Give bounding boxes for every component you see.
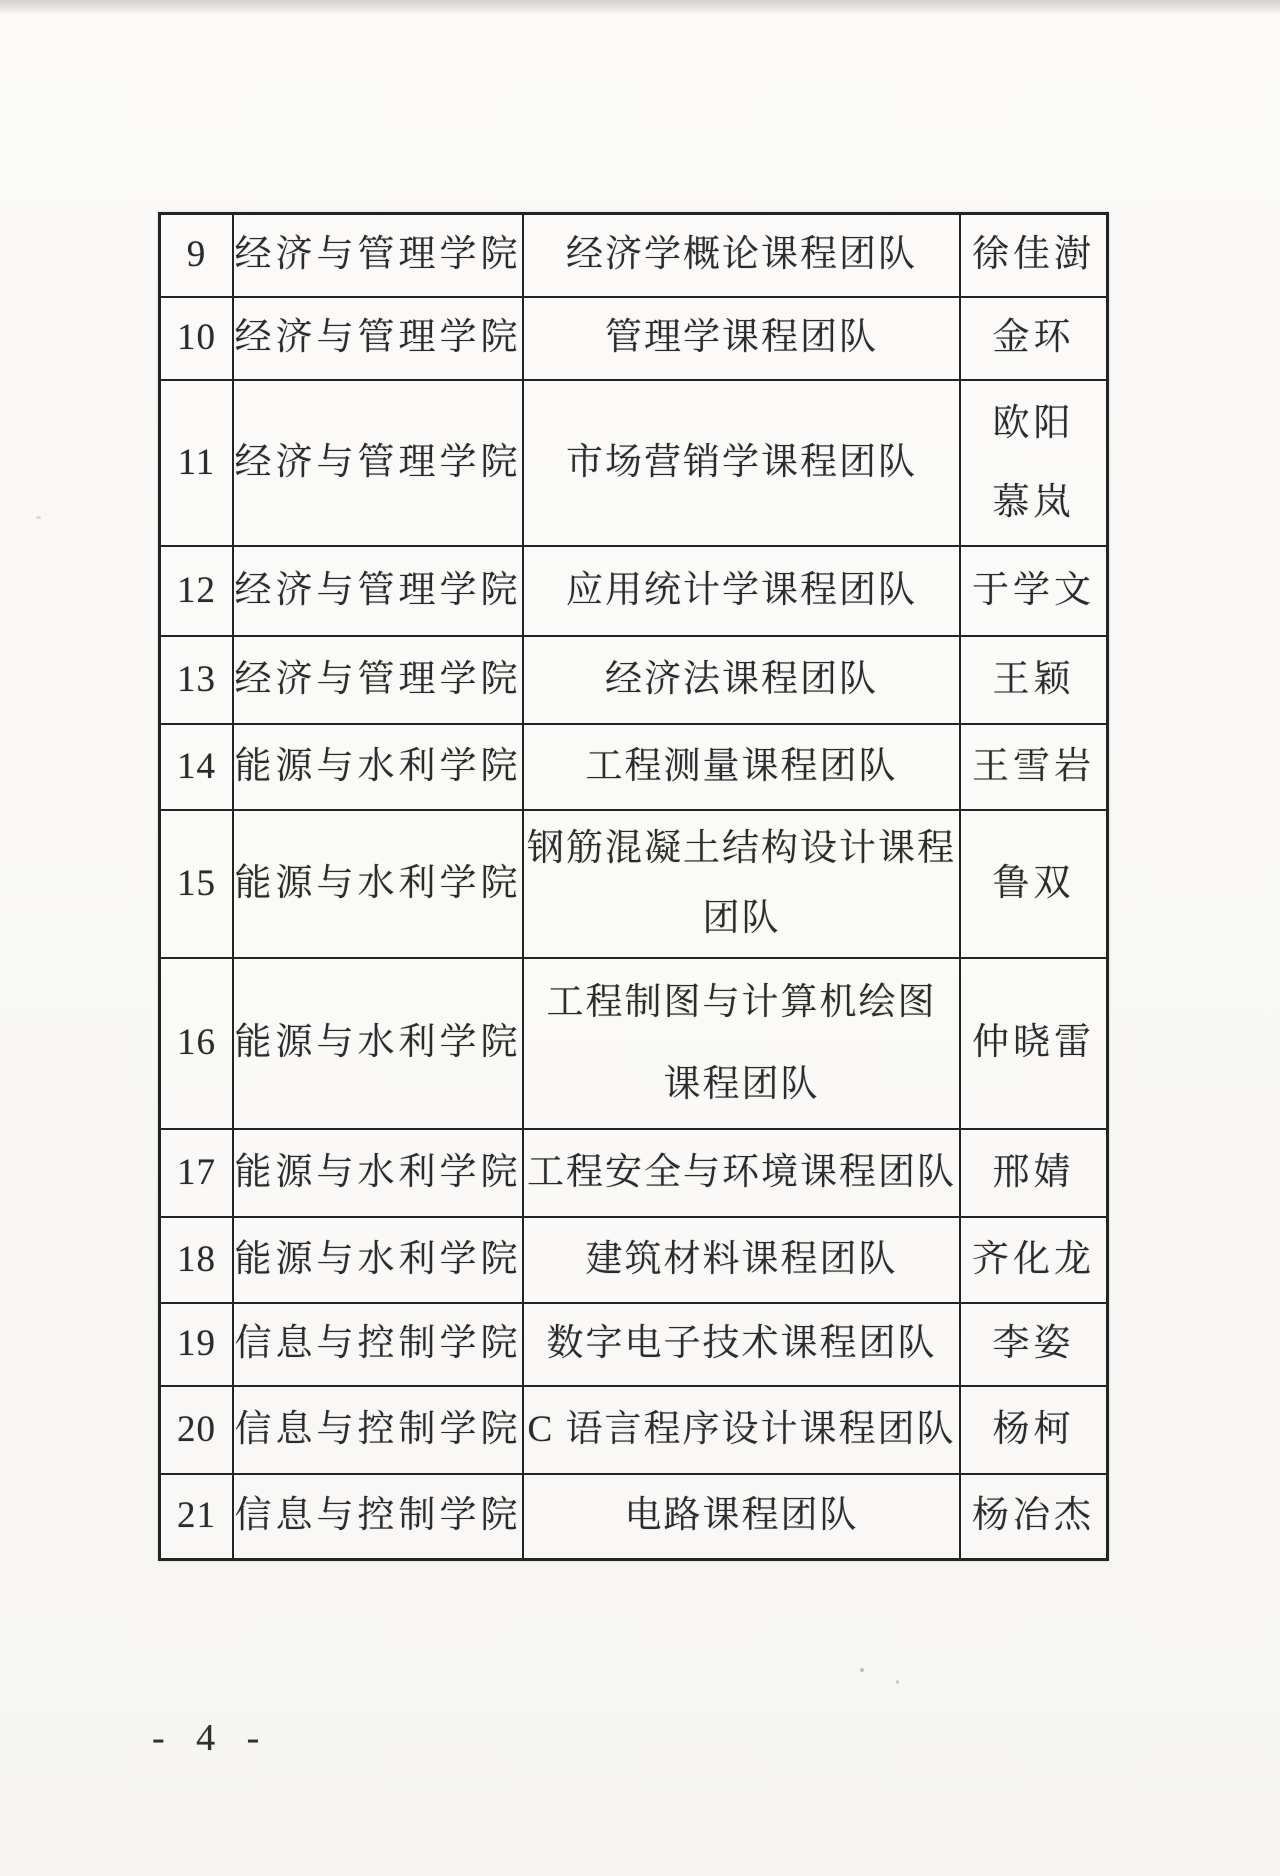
table-row: 18能源与水利学院建筑材料课程团队齐化龙 <box>161 1218 1106 1304</box>
table-row: 10经济与管理学院管理学课程团队金环 <box>161 298 1106 381</box>
course-team-cell: 管理学课程团队 <box>524 298 961 379</box>
table-row: 17能源与水利学院工程安全与环境课程团队邢婧 <box>161 1130 1106 1218</box>
course-team-roster-table: 9经济与管理学院经济学概论课程团队徐佳澍10经济与管理学院管理学课程团队金环11… <box>158 212 1109 1561</box>
college-cell: 经济与管理学院 <box>234 298 524 379</box>
college-cell: 经济与管理学院 <box>234 637 524 723</box>
page-number: - 4 - <box>152 1716 270 1760</box>
course-team-cell: 电路课程团队 <box>524 1475 961 1558</box>
row-number-cell: 13 <box>161 637 234 723</box>
scan-speck <box>860 1668 864 1672</box>
table-row: 21信息与控制学院电路课程团队杨冶杰 <box>161 1475 1106 1558</box>
row-number-cell: 18 <box>161 1218 234 1302</box>
scan-speck <box>36 516 41 519</box>
row-number-cell: 15 <box>161 811 234 957</box>
row-number-cell: 11 <box>161 381 234 545</box>
college-cell: 能源与水利学院 <box>234 811 524 957</box>
course-team-cell: 数字电子技术课程团队 <box>524 1304 961 1385</box>
scan-artifact-top-band <box>0 0 1280 14</box>
table-row: 14能源与水利学院工程测量课程团队王雪岩 <box>161 725 1106 811</box>
row-number-cell: 16 <box>161 959 234 1128</box>
row-number-cell: 21 <box>161 1475 234 1558</box>
college-cell: 能源与水利学院 <box>234 1130 524 1216</box>
table-row: 13经济与管理学院经济法课程团队王颖 <box>161 637 1106 725</box>
team-leader-cell: 徐佳澍 <box>961 215 1106 296</box>
scanned-document-page: 9经济与管理学院经济学概论课程团队徐佳澍10经济与管理学院管理学课程团队金环11… <box>0 0 1280 1876</box>
college-cell: 能源与水利学院 <box>234 725 524 809</box>
course-team-cell: 工程制图与计算机绘图 课程团队 <box>524 959 961 1128</box>
college-cell: 经济与管理学院 <box>234 215 524 296</box>
team-leader-cell: 鲁双 <box>961 811 1106 957</box>
table-row: 9经济与管理学院经济学概论课程团队徐佳澍 <box>161 215 1106 298</box>
course-team-cell: 市场营销学课程团队 <box>524 381 961 545</box>
row-number-cell: 19 <box>161 1304 234 1385</box>
college-cell: 信息与控制学院 <box>234 1387 524 1473</box>
team-leader-cell: 仲晓雷 <box>961 959 1106 1128</box>
college-cell: 经济与管理学院 <box>234 381 524 545</box>
row-number-cell: 14 <box>161 725 234 809</box>
college-cell: 经济与管理学院 <box>234 547 524 635</box>
team-leader-cell: 杨冶杰 <box>961 1475 1106 1558</box>
row-number-cell: 20 <box>161 1387 234 1473</box>
team-leader-cell: 王颖 <box>961 637 1106 723</box>
table-row: 19信息与控制学院数字电子技术课程团队李姿 <box>161 1304 1106 1387</box>
course-team-cell: 钢筋混凝土结构设计课程 团队 <box>524 811 961 957</box>
college-cell: 能源与水利学院 <box>234 959 524 1128</box>
team-leader-cell: 齐化龙 <box>961 1218 1106 1302</box>
course-team-cell: C 语言程序设计课程团队 <box>524 1387 961 1473</box>
course-team-cell: 工程安全与环境课程团队 <box>524 1130 961 1216</box>
team-leader-cell: 李姿 <box>961 1304 1106 1385</box>
team-leader-cell: 于学文 <box>961 547 1106 635</box>
course-team-cell: 工程测量课程团队 <box>524 725 961 809</box>
table-row: 16能源与水利学院工程制图与计算机绘图 课程团队仲晓雷 <box>161 959 1106 1130</box>
row-number-cell: 9 <box>161 215 234 296</box>
course-team-cell: 应用统计学课程团队 <box>524 547 961 635</box>
team-leader-cell: 欧阳 慕岚 <box>961 381 1106 545</box>
college-cell: 信息与控制学院 <box>234 1304 524 1385</box>
scan-speck <box>896 1680 899 1684</box>
table-row: 15能源与水利学院钢筋混凝土结构设计课程 团队鲁双 <box>161 811 1106 959</box>
team-leader-cell: 金环 <box>961 298 1106 379</box>
row-number-cell: 17 <box>161 1130 234 1216</box>
team-leader-cell: 杨柯 <box>961 1387 1106 1473</box>
row-number-cell: 10 <box>161 298 234 379</box>
college-cell: 能源与水利学院 <box>234 1218 524 1302</box>
course-team-cell: 经济学概论课程团队 <box>524 215 961 296</box>
row-number-cell: 12 <box>161 547 234 635</box>
table-row: 20信息与控制学院C 语言程序设计课程团队杨柯 <box>161 1387 1106 1475</box>
course-team-cell: 建筑材料课程团队 <box>524 1218 961 1302</box>
table-row: 11经济与管理学院市场营销学课程团队欧阳 慕岚 <box>161 381 1106 547</box>
table-row: 12经济与管理学院应用统计学课程团队于学文 <box>161 547 1106 637</box>
team-leader-cell: 王雪岩 <box>961 725 1106 809</box>
course-team-cell: 经济法课程团队 <box>524 637 961 723</box>
college-cell: 信息与控制学院 <box>234 1475 524 1558</box>
team-leader-cell: 邢婧 <box>961 1130 1106 1216</box>
